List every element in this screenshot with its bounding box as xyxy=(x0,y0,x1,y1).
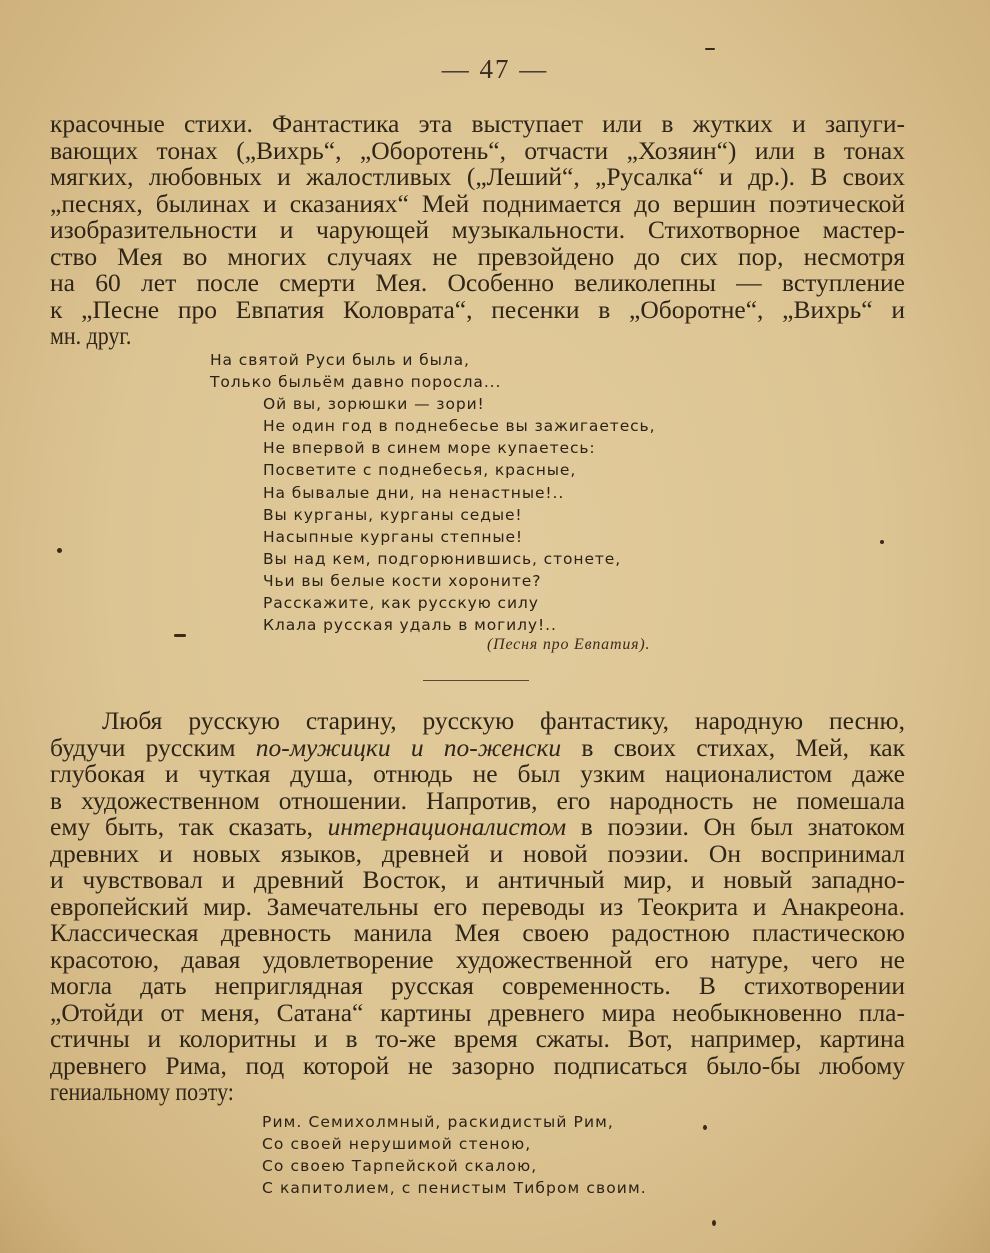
verse-line: Со своей нерушимой стеною, xyxy=(262,1133,647,1155)
page-number: — 47 — xyxy=(0,54,990,85)
text-line: Классическая древность манила Мея своею … xyxy=(50,920,905,947)
text-line: стичны и колоритны и в то-же время сжаты… xyxy=(50,1026,905,1053)
poem-evpaty: На святой Руси быль и была,Только быльём… xyxy=(210,349,655,636)
scan-speck xyxy=(712,1220,716,1226)
text-line: европейский мир. Замечательны его перево… xyxy=(50,894,905,921)
verse-line: Расскажите, как русскую силу xyxy=(210,592,655,614)
text-run: в поэзии. Он был знатоком xyxy=(566,812,905,841)
verse-line: Не впервой в синем море купаетесь: xyxy=(210,437,655,459)
text-run: европейский мир. Замечательны его перево… xyxy=(50,892,905,921)
scan-speck xyxy=(703,1125,707,1130)
scan-speck xyxy=(174,634,186,637)
text-line: к „Песне про Евпатия Коловрата“, песенки… xyxy=(50,297,905,324)
text-run: древнего Рима, под которой не зазорно по… xyxy=(50,1051,905,1080)
verse-line: На бывалые дни, на ненастные!.. xyxy=(210,482,655,504)
scan-speck xyxy=(880,540,884,544)
text-line: гениальному поэту: xyxy=(50,1079,785,1106)
paragraph-1: красочные стихи. Фантастика эта выступае… xyxy=(50,111,905,350)
emphasis-text: по-мужицки и по-женски xyxy=(256,733,561,762)
text-line: в художественном отношении. Напротив, ег… xyxy=(50,788,905,815)
verse-line: Клала русская удаль в могилу!.. xyxy=(210,614,655,636)
verse-line: Ой вы, зорюшки — зори! xyxy=(210,393,655,415)
text-run: могла дать неприглядная русская современ… xyxy=(50,971,905,1000)
text-line: мягких, любовных и жалостливых („Леший“,… xyxy=(50,164,905,191)
verse-line: Рим. Семихолмный, раскидистый Рим, xyxy=(262,1111,647,1133)
verse-line: Только быльём давно поросла... xyxy=(210,371,655,393)
text-line: вающих тонах („Вихрь“, „Оборотень“, отча… xyxy=(50,138,905,165)
verse-line: Посветите с поднебесья, красные, xyxy=(210,459,655,481)
text-line: на 60 лет после смерти Мея. Особенно вел… xyxy=(50,270,905,297)
verse-line: Насыпные курганы степные! xyxy=(210,526,655,548)
verse-line: С капитолием, с пенистым Тибром своим. xyxy=(262,1177,647,1199)
text-run: красотою, давая удовлетворение художеств… xyxy=(50,945,905,974)
text-line: красочные стихи. Фантастика эта выступае… xyxy=(50,111,905,138)
text-line: глубокая и чуткая душа, отнюдь не был уз… xyxy=(50,761,905,788)
text-run: будучи русским xyxy=(50,733,256,762)
verse-line: Вы курганы, курганы седые! xyxy=(210,504,655,526)
section-divider xyxy=(423,680,529,681)
text-run: Любя русскую старину, русскую фантастику… xyxy=(102,706,905,735)
text-line: красотою, давая удовлетворение художеств… xyxy=(50,947,905,974)
emphasis-text: интернационалистом xyxy=(328,812,567,841)
text-line: и чувствовал и древний Восток, и античны… xyxy=(50,867,905,894)
text-line: древних и новых языков, древней и новой … xyxy=(50,841,905,868)
poem-rome: Рим. Семихолмный, раскидистый Рим,Со сво… xyxy=(262,1111,647,1199)
verse-line: На святой Руси быль и была, xyxy=(210,349,655,371)
text-line: изобразительности и чарующей музыкальнос… xyxy=(50,217,905,244)
text-run: ему быть, так сказать, xyxy=(50,812,328,841)
text-line: могла дать неприглядная русская современ… xyxy=(50,973,905,1000)
verse-line: Со своею Тарпейской скалою, xyxy=(262,1155,647,1177)
text-line: ему быть, так сказать, интернационалисто… xyxy=(50,814,905,841)
scan-speck xyxy=(705,48,715,50)
paragraph-2: Любя русскую старину, русскую фантастику… xyxy=(50,708,905,1106)
text-run: гениальному поэту: xyxy=(50,1077,234,1106)
text-line: ство Мея во многих случаях не превзойден… xyxy=(50,244,905,271)
text-line: „песнях, былинах и сказаниях“ Мей подним… xyxy=(50,191,905,218)
text-run: в своих стихах, Мей, как xyxy=(561,733,905,762)
text-line: мн. друг. xyxy=(50,323,785,350)
poem-attribution: (Песня про Евпатия). xyxy=(487,636,650,654)
text-line: будучи русским по-мужицки и по-женски в … xyxy=(50,735,905,762)
verse-line: Не один год в поднебесье вы зажигаетесь, xyxy=(210,415,655,437)
text-run: стичны и колоритны и в то-же время сжаты… xyxy=(50,1024,905,1053)
text-line: древнего Рима, под которой не зазорно по… xyxy=(50,1053,905,1080)
text-run: в художественном отношении. Напротив, ег… xyxy=(50,786,905,815)
scan-speck xyxy=(57,548,62,553)
text-line: „Отойди от меня, Сатана“ картины древнег… xyxy=(50,1000,905,1027)
text-run: Классическая древность манила Мея своею … xyxy=(50,918,905,947)
text-run: „Отойди от меня, Сатана“ картины древнег… xyxy=(50,998,905,1027)
verse-line: Вы над кем, подгорюнившись, стонете, xyxy=(210,548,655,570)
text-run: глубокая и чуткая душа, отнюдь не был уз… xyxy=(50,759,905,788)
text-run: и чувствовал и древний Восток, и античны… xyxy=(50,865,905,894)
text-run: древних и новых языков, древней и новой … xyxy=(50,839,905,868)
verse-line: Чьи вы белые кости хороните? xyxy=(210,570,655,592)
text-line: Любя русскую старину, русскую фантастику… xyxy=(50,708,905,735)
